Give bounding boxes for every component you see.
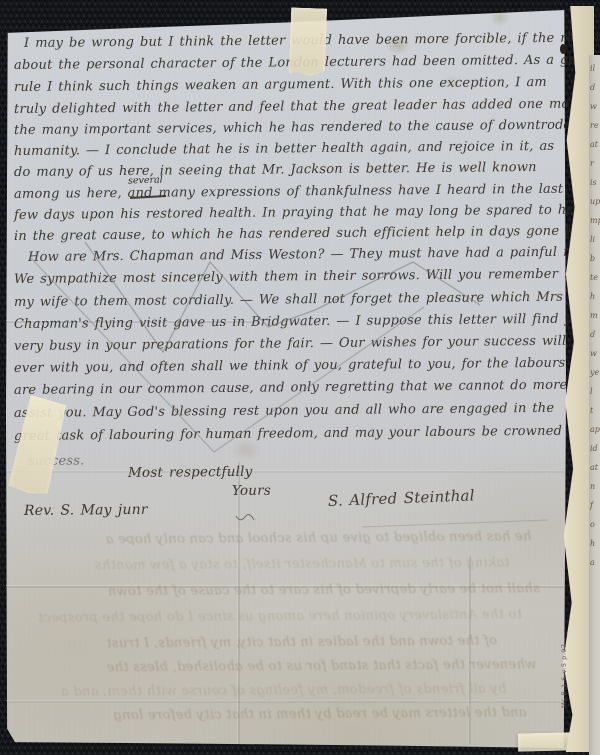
addressee-line: Rev. S. May junr <box>24 503 148 519</box>
adjacent-page-text-fragments: il d w re at r is up mp li b te h m d w … <box>590 59 600 572</box>
interline-insertion-word: several <box>128 174 163 186</box>
crease-horizontal <box>6 585 564 588</box>
crease-vertical <box>237 462 240 744</box>
tape-bottom-right <box>518 732 570 751</box>
letter-scan-scene: he has been obliged to give up his schoo… <box>0 0 600 755</box>
ink-speck <box>560 44 566 54</box>
tape-top <box>289 7 327 76</box>
crease-horizontal <box>6 470 564 473</box>
adjacent-page-edge: il d w re at r is up mp li b te h m d w … <box>589 55 600 755</box>
closing-line: Yours <box>232 484 271 499</box>
closing-line: Most respectfully <box>128 465 253 481</box>
crease-horizontal <box>6 700 564 703</box>
archival-call-number: Ms.B.1.6 v.5 p.97 <box>560 612 573 708</box>
crease-vertical <box>468 556 471 744</box>
